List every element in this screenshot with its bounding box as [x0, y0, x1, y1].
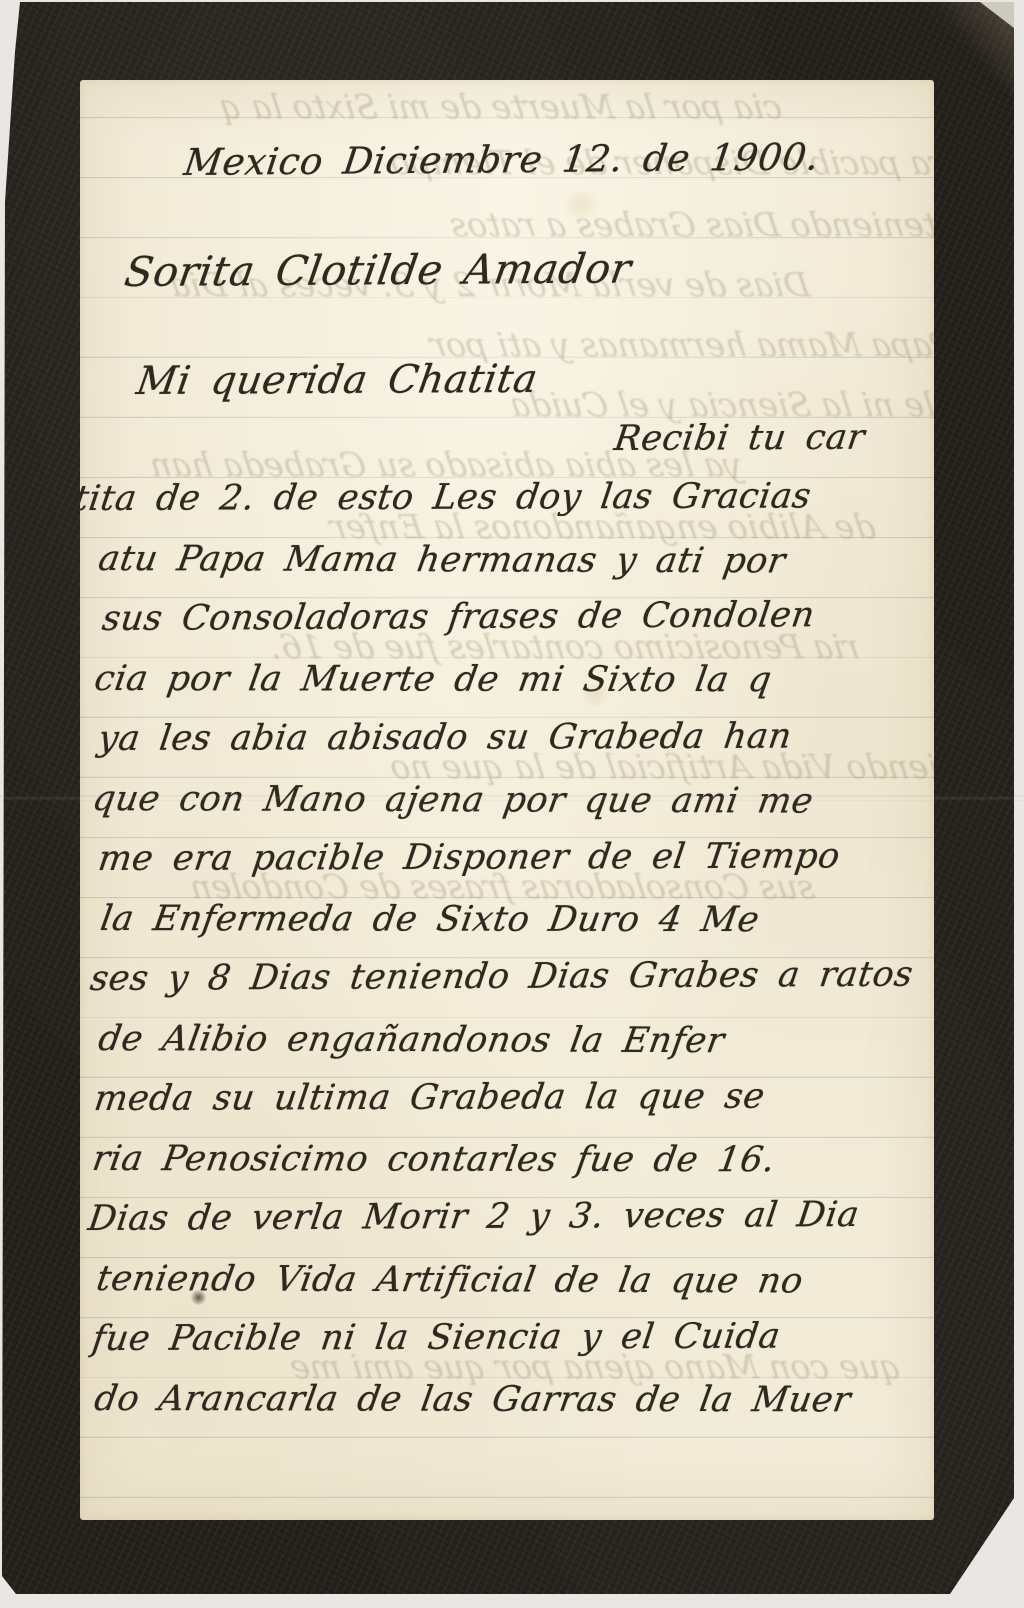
salutation-line: Mi querida Chatita — [134, 360, 540, 401]
body-line: sus Consoladoras frases de Condolen — [100, 598, 817, 637]
body-line: Dias de verla Morir 2 y 3. veces al Dia — [86, 1198, 861, 1237]
scanned-letter: cia por la Muerte de mi Sixto la q me er… — [0, 0, 1024, 1608]
body-line: ya les abia abisado su Grabeda han — [96, 720, 794, 757]
recipient-line: Sorita Clotilde Amador — [122, 248, 634, 293]
body-line: do Arancarla de las Garras de la Muer — [92, 1382, 853, 1418]
body-line: la Enfermeda de Sixto Duro 4 Me — [98, 902, 762, 938]
letter-paper: cia por la Muerte de mi Sixto la q me er… — [80, 80, 934, 1520]
body-line: tita de 2. de esto Les doy las Gracias — [80, 479, 813, 517]
body-line: teniendo Vida Artificial de la que no — [94, 1262, 806, 1299]
body-line: Recibi tu car — [612, 421, 867, 457]
body-line: me era pacible Disponer de el Tiempo — [96, 839, 842, 877]
bleedthrough-text: fue Pacible ni la Siencia y el Cuida — [508, 388, 934, 421]
bleedthrough-text: cia por la Muerte de mi Sixto la q — [218, 90, 784, 123]
body-line: fue Pacible ni la Siencia y el Cuida — [90, 1320, 783, 1357]
body-line: cia por la Muerte de mi Sixto la q — [92, 662, 774, 698]
body-line: ses y 8 Dias teniendo Dias Grabes a rato… — [88, 958, 915, 997]
date-line: Mexico Diciembre 12. de 1900. — [182, 138, 821, 181]
body-line: de Alibio engañandonos la Enfer — [96, 1022, 727, 1059]
paper-stain — [558, 192, 604, 218]
body-line: atu Papa Mama hermanas y ati por — [96, 542, 788, 579]
bleedthrough-text: atu Papa Mama hermanas y ati por — [428, 328, 934, 361]
body-line: meda su ultima Grabeda la que se — [92, 1080, 767, 1117]
body-line: ria Penosicimo contarles fue de 16. — [90, 1142, 778, 1178]
bleedthrough-text: ses y 8 Dias teniendo Dias Grabes a rato… — [448, 208, 934, 241]
body-line: que con Mano ajena por que ami me — [90, 782, 816, 820]
